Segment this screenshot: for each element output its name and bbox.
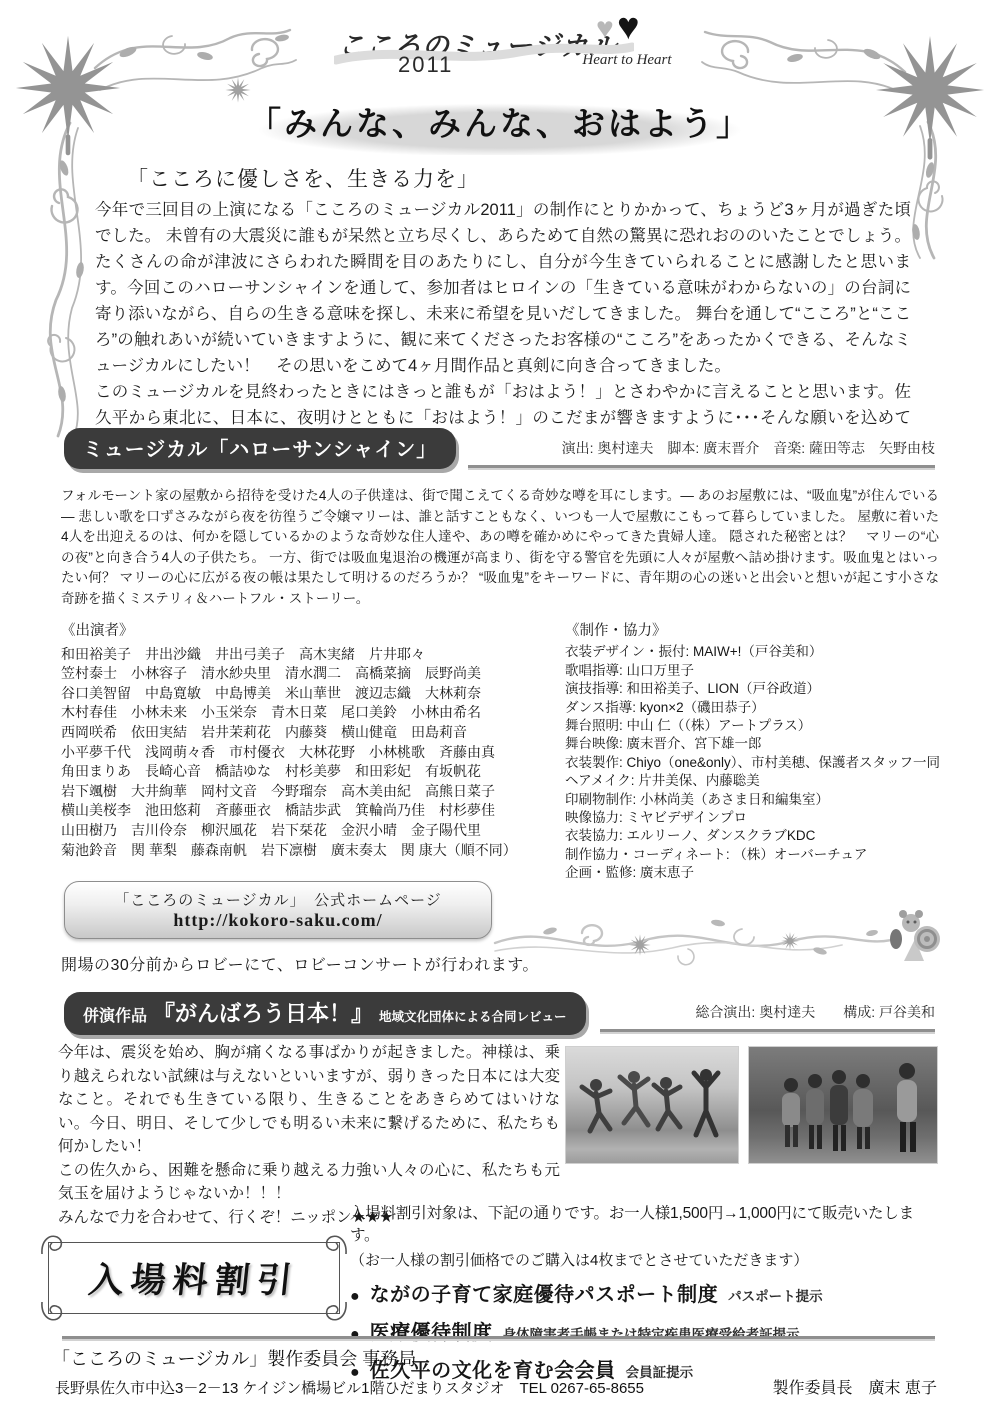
musical-credits: 演出: 奥村達夫 脚本: 廣末晋介 音楽: 薩田等志 矢野由枝 (468, 438, 935, 458)
staff-item: 歌唱指導: 山口万里子 (565, 662, 943, 680)
bullet-icon: ● (350, 1288, 360, 1306)
staff-item: ダンス指導: kyon×2（磯田恭子） (565, 699, 943, 717)
staff-list: 《制作・協力》 衣装デザイン・振付: MAIW+!（戸谷美和） 歌唱指導: 山口… (565, 622, 943, 883)
staff-item: ヘアメイク: 片井美保、内藤聡美 (565, 772, 943, 790)
intro-paragraph: 今年で三回目の上演になる「こころのミュージカル2011」の制作にとりかかって、ち… (95, 197, 911, 379)
staff-item: 演技指導: 和田裕美子、LION（戸谷政道） (565, 680, 943, 698)
corner-flourish-icon (40, 1232, 66, 1258)
revue-credits: 総合演出: 奥村達夫 構成: 戸谷美和 (600, 1002, 935, 1022)
revue-header-prefix: 併演作品 (83, 1003, 147, 1026)
staff-item: 衣装協力: エルリーノ、ダンスクラブKDC (565, 827, 943, 845)
website-url[interactable]: http://kokoro-saku.com/ (173, 910, 382, 931)
cast-row: 小平夢千代 浅岡萌々香 市村優衣 大林花野 小林桃歌 斉藤由真 (61, 743, 545, 763)
footer-row: 長野県佐久市中込3－2－13 ケイジン橋場ビル1階ひだまりスタジオ TEL 02… (55, 1375, 937, 1398)
section-header-revue: 併演作品 『がんばろう日本！』 地域文化団体による合同レビュー (64, 992, 586, 1035)
intro-block: 今年で三回目の上演になる「こころのミュージカル2011」の制作にとりかかって、ち… (95, 197, 911, 457)
cast-row: 和田裕美子 井出沙織 井出弓美子 高木実緒 片井耶々 (61, 645, 545, 665)
corner-flourish-icon (322, 1232, 348, 1258)
revue-message-paragraph: 今年は、震災を始め、胸が痛くなる事ばかりが起きました。神様は、乗り越えられない試… (58, 1041, 560, 1159)
website-label: 「こころのミュージカル」 公式ホームページ (114, 889, 442, 910)
revue-header-title: 『がんばろう日本！』 (153, 997, 373, 1028)
heart-icon: ♥ (617, 8, 640, 46)
squirrel-icon (890, 910, 940, 961)
section-header-musical-label: ミュージカル「ハローサンシャイン」 (83, 433, 437, 462)
logo-year: 2011 (398, 52, 453, 78)
discount-item-detail: 身体障害者手帳または特定疾患医療受給者証提示 (503, 1323, 800, 1343)
staff-item: 衣装デザイン・振付: MAIW+!（戸谷美和） (565, 643, 943, 661)
discount-item-detail: パスポート提示 (728, 1285, 823, 1305)
staff-item: 舞台照明: 中山 仁（（株）アートプラス） (565, 717, 943, 735)
staff-item: 舞台映像: 廣末晋介、宮下雄一郎 (565, 735, 943, 753)
cast-row: 角田まりあ 長崎心音 橋詰ゆな 村杉美夢 和田彩妃 有坂帆花 (61, 762, 545, 782)
website-box: 「こころのミュージカル」 公式ホームページ http://kokoro-saku… (64, 881, 492, 939)
footer-office: 「こころのミュージカル」製作委員会 事務局 (52, 1345, 416, 1371)
staff-item: 制作協力・コーディネート: （株）オーバーチュア (565, 846, 943, 864)
cast-row: 木村春佳 小林未来 小玉栄奈 青木日菜 尾口美鈴 小林由希名 (61, 703, 545, 723)
main-title-text: 「みんな、みんな、おはよう」 (202, 96, 798, 155)
discount-item-title: 医療優待制度 (370, 1316, 493, 1345)
revue-header-suffix: 地域文化団体による合同レビュー (379, 1007, 567, 1025)
discount-item: ● ながの子育て家庭優待パスポート制度 パスポート提示 (350, 1278, 942, 1307)
divider-line (468, 465, 935, 468)
corner-flourish-icon (322, 1298, 348, 1324)
corner-flourish-icon (40, 1298, 66, 1324)
cast-row: 笠村泰士 小林容子 清水紗央里 清水潤二 高橋菜摘 辰野尚美 (61, 664, 545, 684)
discount-box-label: 入場料割引 (86, 1253, 301, 1303)
cast-row: 横山美桜李 池田悠莉 斉藤亜衣 橋詰歩武 箕輪尚乃佳 村杉夢佳 (61, 801, 545, 821)
section-header-musical: ミュージカル「ハローサンシャイン」 (64, 428, 456, 469)
lobby-concert-note: 開場の30分前からロビーにて、ロビーコンサートが行われます。 (61, 952, 539, 975)
cast-heading: 《出演者》 (61, 622, 545, 642)
cast-list: 《出演者》 和田裕美子 井出沙織 井出弓美子 高木実緒 片井耶々 笠村泰士 小林… (61, 622, 545, 860)
discount-item: ● 医療優待制度 身体障害者手帳または特定疾患医療受給者証提示 (350, 1316, 942, 1345)
subtitle: 「こころに優しさを、生きる力を」 (127, 163, 479, 193)
vine-squirrel-decoration (490, 903, 940, 968)
synopsis: フォルモーント家の屋敷から招待を受けた4人の子供達は、街で聞こえてくる奇妙な噂を… (61, 486, 939, 610)
bullet-icon: ● (350, 1326, 360, 1344)
divider-line (600, 1029, 935, 1032)
staff-item: 衣装製作: Chiyo（one&only）、市村美穂、保護者スタッフ一同 (565, 754, 943, 772)
staff-heading: 《制作・協力》 (565, 622, 943, 640)
heart-icon: ♥ (596, 14, 614, 44)
cast-row: 西岡咲希 依田実結 岩井茉莉花 内藤葵 横山健竜 田島莉音 (61, 723, 545, 743)
cast-row: 岩下颯樹 大井絢華 岡村文音 今野瑠奈 高木美由紀 高熊日菜子 (61, 782, 545, 802)
flyer-page: こころのミュージカル 2011 ♥ ♥ Heart to Heart 「みんな、… (0, 0, 1000, 1410)
revue-message-paragraph: この佐久から、困難を懸命に乗り越える力強い人々の心に、私たちも元気玉を届けようじ… (58, 1159, 560, 1206)
cast-row: 菊池鈴音 関 華梨 藤森南帆 岩下凛樹 廣末奏太 関 康大（順不同） (61, 841, 545, 861)
main-title: 「みんな、みんな、おはよう」 (0, 96, 1000, 155)
logo-tagline: Heart to Heart (552, 52, 702, 69)
staff-item: 映像協力: ミヤビデザインプロ (565, 809, 943, 827)
staff-item: 企画・監修: 廣末恵子 (565, 864, 943, 882)
discount-intro: 入場料割引対象は、下記の通りです。お一人様1,500円→1,000円にて販売いた… (350, 1201, 942, 1245)
cast-row: 谷口美智留 中島寛敏 中島博美 米山華世 渡辺志織 大林莉奈 (61, 684, 545, 704)
footer-divider (62, 1336, 935, 1339)
discount-note: （お一人様の割引価格でのご購入は4枚までとさせていただきます） (350, 1249, 942, 1270)
discount-box: 入場料割引 (48, 1242, 340, 1314)
footer-chair: 製作委員長 廣末 恵子 (773, 1375, 937, 1398)
footer-address: 長野県佐久市中込3－2－13 ケイジン橋場ビル1階ひだまりスタジオ TEL 02… (55, 1377, 644, 1398)
discount-item-title: ながの子育て家庭優待パスポート制度 (370, 1278, 719, 1307)
staff-item: 印刷物制作: 小林尚美（あさま日和編集室） (565, 791, 943, 809)
stage-photo-group (748, 1046, 938, 1164)
discount-details: 入場料割引対象は、下記の通りです。お一人様1,500円→1,000円にて販売いた… (350, 1201, 942, 1392)
cast-row: 山田樹乃 吉川伶奈 柳沢風花 岩下栞花 金沢小晴 金子陽代里 (61, 821, 545, 841)
stage-photo-dancers (565, 1046, 739, 1164)
